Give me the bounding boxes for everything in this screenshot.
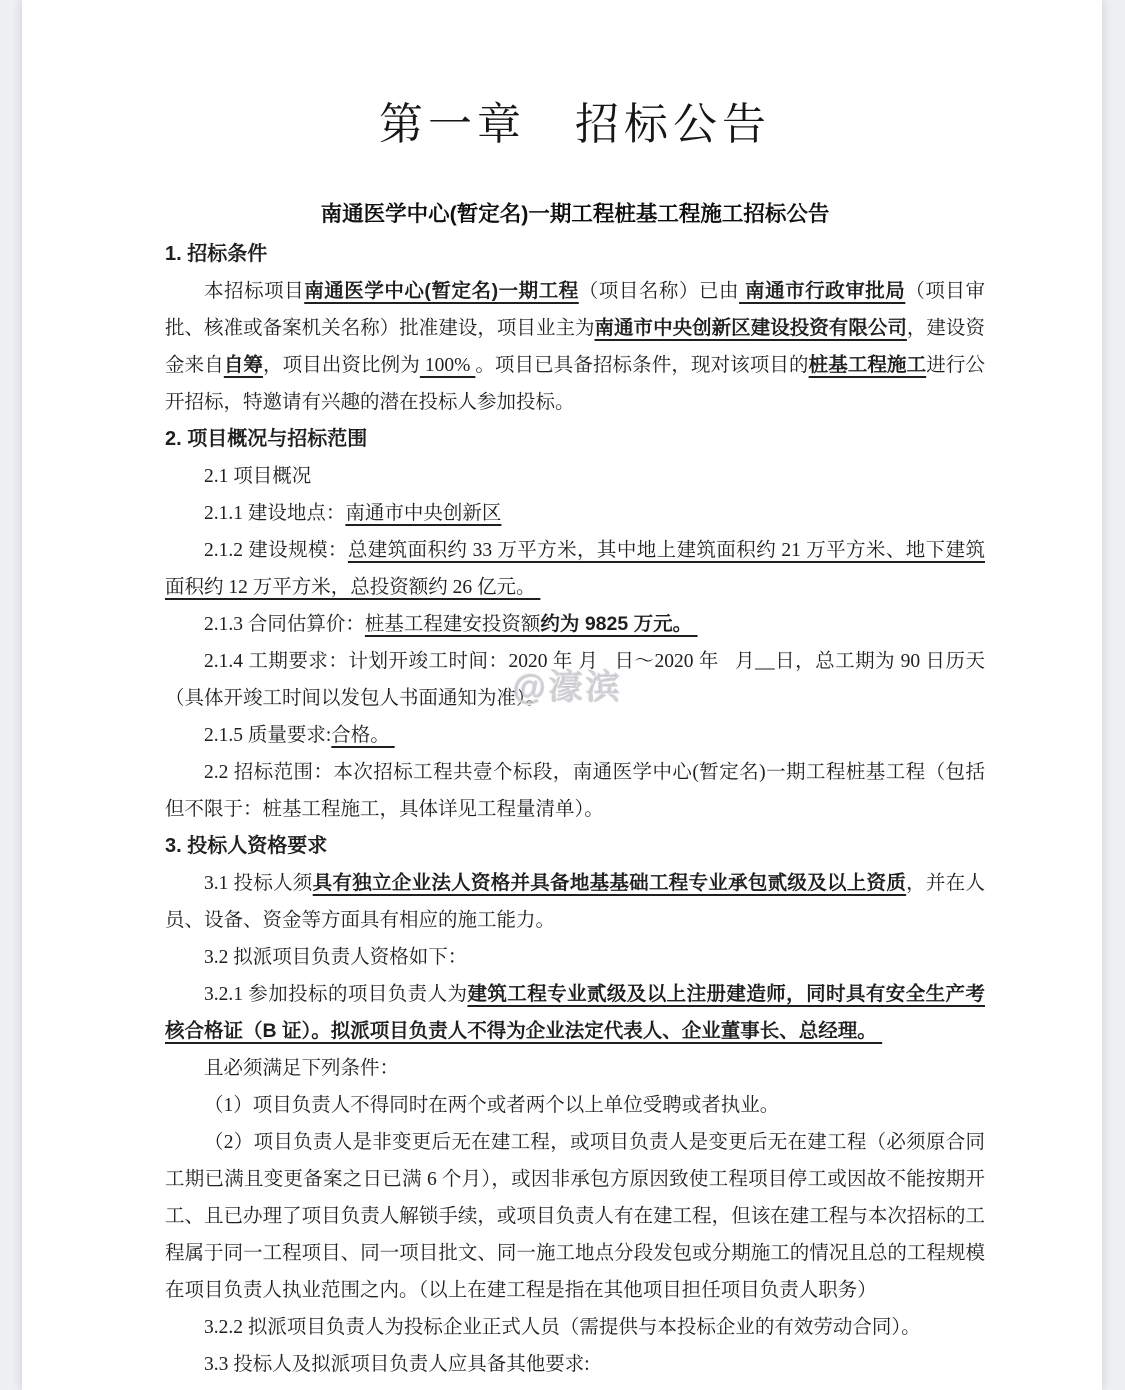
text-run: 1. 招标条件	[165, 243, 267, 265]
section-heading: 3. 投标人资格要求	[165, 828, 985, 865]
section-heading: 2. 项目概况与招标范围	[165, 421, 985, 458]
text-run: 南通市中央创新区建设投资有限公司	[595, 317, 907, 339]
text-run: 桩基工程建安投资额	[365, 614, 541, 635]
text-run: 2.1 项目概况	[204, 466, 311, 487]
text-run: 本招标项目	[204, 281, 304, 302]
text-run: 3.3 投标人及拟派项目负责人应具备其他要求:	[204, 1354, 590, 1375]
paragraph: 3.2 拟派项目负责人资格如下：	[165, 939, 985, 976]
text-run: 3.2.1 参加投标的项目负责人为	[204, 984, 467, 1005]
text-run: 3. 投标人资格要求	[165, 835, 327, 857]
text-run: 桩基工程施工	[809, 354, 927, 376]
text-run: 约为 9825 万元。	[540, 613, 697, 635]
text-run: 南通市中央创新区	[345, 503, 501, 524]
paragraph: （2）项目负责人是非变更后无在建工程，或项目负责人是变更后无在建工程（必须原合同…	[165, 1124, 985, 1309]
section-heading: 1. 招标条件	[165, 236, 985, 273]
paragraph: 2.1.1 建设地点：南通市中央创新区	[165, 495, 985, 532]
text-run: 具有独立企业法人资格并具备地基基础工程专业承包贰级及以上资质	[313, 872, 906, 894]
text-run: 3.2 拟派项目负责人资格如下：	[204, 947, 467, 968]
paragraph: 2.1.5 质量要求:合格。	[165, 717, 985, 754]
text-run: 。项目已具备招标条件，现对该项目的	[475, 355, 808, 376]
text-run: ，项目出资比例为	[263, 355, 420, 376]
text-run: 自筹	[224, 354, 263, 376]
paragraph: 3.1 投标人须具有独立企业法人资格并具备地基基础工程专业承包贰级及以上资质，并…	[165, 865, 985, 939]
paragraph: 2.1.2 建设规模：总建筑面积约 33 万平方米，其中地上建筑面积约 21 万…	[165, 532, 985, 606]
text-run: 2.1.4 工期要求：计划开竣工时间：2020 年 月 日～2020 年 月__…	[165, 651, 985, 709]
chapter-title: 第一章 招标公告	[165, 97, 985, 153]
document-blocks: 1. 招标条件本招标项目南通医学中心(暂定名)一期工程（项目名称）已由 南通市行…	[165, 236, 985, 1383]
text-run: （项目名称）已由	[579, 281, 739, 302]
text-run: 100%	[420, 355, 475, 376]
paragraph: 2.1.4 工期要求：计划开竣工时间：2020 年 月 日～2020 年 月__…	[165, 643, 985, 717]
document-subtitle: 南通医学中心(暂定名)一期工程桩基工程施工招标公告	[165, 199, 985, 229]
text-run: 合格。	[331, 725, 394, 746]
paragraph: 3.2.1 参加投标的项目负责人为建筑工程专业贰级及以上注册建造师，同时具有安全…	[165, 976, 985, 1050]
paragraph: （1）项目负责人不得同时在两个或者两个以上单位受聘或者执业。	[165, 1087, 985, 1124]
image-viewer-background: 第一章 招标公告 南通医学中心(暂定名)一期工程桩基工程施工招标公告 1. 招标…	[0, 0, 1125, 1390]
document-body: 第一章 招标公告 南通医学中心(暂定名)一期工程桩基工程施工招标公告 1. 招标…	[165, 0, 985, 1383]
text-run: 2.1.3 合同估算价：	[204, 614, 365, 635]
text-run: （2）项目负责人是非变更后无在建工程，或项目负责人是变更后无在建工程（必须原合同…	[165, 1132, 985, 1301]
paragraph: 2.1.3 合同估算价：桩基工程建安投资额约为 9825 万元。	[165, 606, 985, 643]
paragraph: 2.2 招标范围：本次招标工程共壹个标段，南通医学中心(暂定名)一期工程桩基工程…	[165, 754, 985, 828]
text-run: 南通医学中心(暂定名)一期工程	[304, 280, 579, 302]
text-run: 2.1.1 建设地点：	[204, 503, 345, 524]
text-run: 2.1.2 建设规模：	[204, 540, 348, 561]
text-run: 3.1 投标人须	[204, 873, 313, 894]
paragraph: 2.1 项目概况	[165, 458, 985, 495]
paragraph: 3.3 投标人及拟派项目负责人应具备其他要求:	[165, 1346, 985, 1383]
paragraph: 3.2.2 拟派项目负责人为投标企业正式人员（需提供与本投标企业的有效劳动合同）…	[165, 1309, 985, 1346]
text-run: 2.1.5 质量要求:	[204, 725, 331, 746]
text-run: 3.2.2 拟派项目负责人为投标企业正式人员（需提供与本投标企业的有效劳动合同）…	[204, 1317, 921, 1338]
paragraph: 且必须满足下列条件：	[165, 1050, 985, 1087]
paragraph: 本招标项目南通医学中心(暂定名)一期工程（项目名称）已由 南通市行政审批局（项目…	[165, 273, 985, 421]
text-run: 南通市行政审批局	[739, 280, 905, 302]
text-run: 2.2 招标范围：本次招标工程共壹个标段，南通医学中心(暂定名)一期工程桩基工程…	[165, 762, 985, 820]
text-run: （1）项目负责人不得同时在两个或者两个以上单位受聘或者执业。	[204, 1095, 779, 1116]
text-run: 2. 项目概况与招标范围	[165, 428, 367, 450]
text-run: 且必须满足下列条件：	[204, 1058, 399, 1079]
document-page: 第一章 招标公告 南通医学中心(暂定名)一期工程桩基工程施工招标公告 1. 招标…	[22, 0, 1102, 1390]
